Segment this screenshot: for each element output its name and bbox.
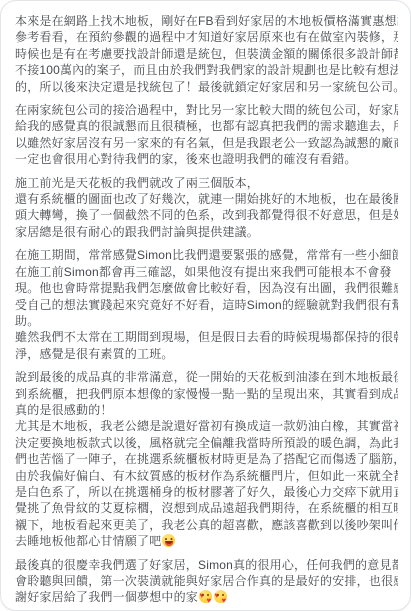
text-line: 一定也會很用心對待我們的家，後來也證明我們的確沒有看錯。 <box>15 151 398 167</box>
text-line: 參考看看，在預約參觀的過程中才知道好家居原來也有在做室內裝修，那 <box>15 29 398 45</box>
laughing-tears-emoji <box>162 534 175 547</box>
text-line: 去睡地板他都心甘情願了吧 <box>15 533 398 549</box>
text-line: 會聆聽與回饋，第一次裝潢就能與好家居合作真的是最好的安排，也很感 <box>15 573 398 589</box>
text-line: 在兩家統包公司的接洽過程中，對比另一家比較大間的統包公司，好家居 <box>15 102 398 118</box>
text-line: 在施工期間，常常感覺Simon比我們還要緊張的感覺，常常有一些小細節 <box>15 247 398 263</box>
text-line: 是白色系了，所以在挑選桶身的板材膠著了好久，最後心力交瘁下就用直 <box>15 484 398 500</box>
text-line: 頭大轉彎，換了一個截然不同的色系，改到我都覺得很不好意思，但是好 <box>15 207 398 223</box>
text-line: 覺挑了魚骨紋的艾夏棕櫚，沒想到成品遠超我們期待，在系統櫃的相互映 <box>15 500 398 516</box>
review-paragraph-intro: 本來是在網路上找木地板，剛好在FB看到好家居的木地板價格滿實惠想說參考看看，在預… <box>15 13 398 95</box>
review-paragraph-result: 說到最後的成品真的非常滿意，從一開始的天花板到油漆在到木地板最後到系統櫃，把我們… <box>15 369 398 549</box>
review-card: 本來是在網路上找木地板，剛好在FB看到好家居的木地板價格滿實惠想說參考看看，在預… <box>0 0 411 611</box>
text-line: 的，所以後來決定還是找統包了！最後就鎖定好家居和另一家統包公司。 <box>15 79 398 95</box>
text-line: 助。 <box>15 313 398 329</box>
text-line: 以雖然好家居沒有另一家來的有名氣，但是我跟老公一致認為誠懇的廠商 <box>15 135 398 151</box>
review-paragraph-comparison: 在兩家統包公司的接洽過程中，對比另一家比較大間的統包公司，好家居給我的感覺真的很… <box>15 102 398 168</box>
text-line: 現。他也會時常提點我們怎麼做會比較好看，因為沒有出圖，我們很難感 <box>15 280 398 296</box>
text-line: 給我的感覺真的很誠懇而且很積極，也都有認真把我們的需求聽進去，所 <box>15 118 398 134</box>
text-line: 在施工前Simon都會再三確認，如果他沒有提出來我們可能根本不會發 <box>15 264 398 280</box>
text-line: 說到最後的成品真的非常滿意，從一開始的天花板到油漆在到木地板最後 <box>15 369 398 385</box>
review-paragraph-revisions: 施工前光是天花板的我們就改了兩三個版本，還有系統櫃的圖面也改了好幾次，就連一開始… <box>15 175 398 241</box>
text-line: 尤其是木地板，我老公總是說還好當初有換成這一款奶油白橡，其實當初 <box>15 418 398 434</box>
text-line: 時候也是有在考慮要找設計師還是統包，但裝潢金額的關係很多設計師都 <box>15 46 398 62</box>
screenshot-stage: 本來是在網路上找木地板，剛好在FB看到好家居的木地板價格滿實惠想說參考看看，在預… <box>0 0 411 611</box>
text-line: 襯下，地板看起來更美了，我老公真的超喜歡，應該喜歡到以後吵架叫他 <box>15 517 398 533</box>
text-line: 最後真的很慶幸我們選了好家居，Simon真的很用心，任何我們的意見都 <box>15 557 398 573</box>
text-line: 淨，感覺是很有素質的工班。 <box>15 346 398 362</box>
text-line: 們也苦惱了一陣子，在挑選系統櫃板材時更是為了搭配它而傷透了腦筋， <box>15 451 398 467</box>
text-line: 決定要換地板款式以後，風格就完全偏離我當時所預設的暖色調，為此我 <box>15 435 398 451</box>
review-paragraph-closing: 最後真的很慶幸我們選了好家居，Simon真的很用心，任何我們的意見都會聆聽與回饋… <box>15 557 398 606</box>
text-line: 家居總是很有耐心的跟我們討論與提供建議。 <box>15 224 398 240</box>
text-line: 雖然我們不太常在工期間到現場，但是假日去看的時候現場都保持的很乾 <box>15 329 398 345</box>
text-line: 本來是在網路上找木地板，剛好在FB看到好家居的木地板價格滿實惠想說 <box>15 13 398 29</box>
text-line: 受自己的想法實踐起來究竟好不好看，這時Simon的經驗就對我們很有幫 <box>15 297 398 313</box>
smiling-hearts-emoji <box>199 590 212 603</box>
smiling-hearts-emoji <box>214 590 227 603</box>
text-line: 不接100萬內的案子，而且由於我們對我們家的設計規劃也是比較有想法 <box>15 62 398 78</box>
text-line: 還有系統櫃的圖面也改了好幾次，就連一開始挑好的木地板，也在最後關 <box>15 191 398 207</box>
text-line: 由於我偏好偏白、有木紋質感的板材作為系統櫃門片，但如此一來就全都 <box>15 468 398 484</box>
text-line: 真的是很感動的！ <box>15 402 398 418</box>
text-line: 到系統櫃，把我們原本想像的家慢慢一點一點的呈現出來，其實看到成品 <box>15 386 398 402</box>
text-line: 謝好家居給了我們一個夢想中的家 <box>15 589 398 605</box>
review-paragraph-construction: 在施工期間，常常感覺Simon比我們還要緊張的感覺，常常有一些小細節在施工前Si… <box>15 247 398 362</box>
text-line: 施工前光是天花板的我們就改了兩三個版本， <box>15 175 398 191</box>
